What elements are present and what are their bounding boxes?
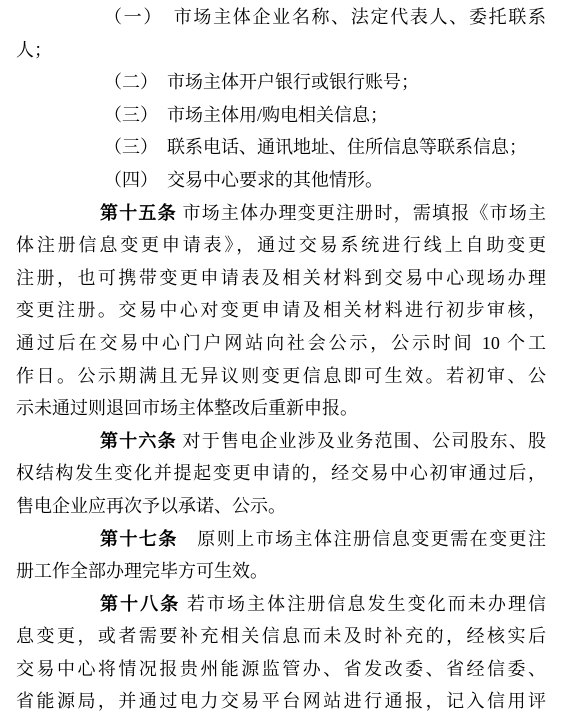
paragraph-article-15: 第十五条 市场主体办理变更注册时，需填报《市场主体注册信息变更申请表》，通过交易… xyxy=(16,197,546,425)
line-text: 变更注册。交易中心对变更申请及相关材料进行初步审核， xyxy=(16,300,546,320)
text-line: 售电企业应再次予以承诺、公示。 xyxy=(16,490,546,523)
line-text: 原则上市场主体注册信息变更需在变更注 xyxy=(178,529,546,549)
text-line: 第十五条 市场主体办理变更注册时，需填报《市场主 xyxy=(16,197,546,230)
paragraph-list-item-5: （四） 交易中心要求的其他情形。 xyxy=(16,164,546,197)
line-text: （三） 市场主体用/购电相关信息； xyxy=(104,105,388,125)
line-text: 册工作全部办理完毕方可生效。 xyxy=(16,561,268,581)
text-line: （三） 联系电话、通讯地址、住所信息等联系信息； xyxy=(16,131,546,164)
line-text: 人； xyxy=(16,40,52,60)
text-line: （三） 市场主体用/购电相关信息； xyxy=(16,99,546,132)
article-number: 第十六条 xyxy=(100,431,177,451)
line-text: （二） 市场主体开户银行或银行账号； xyxy=(104,72,419,92)
text-line: 息变更，或者需要补充相关信息而未及时补充的，经核实后 xyxy=(16,620,546,653)
paragraph-list-item-2: （二） 市场主体开户银行或银行账号； xyxy=(16,66,546,99)
text-line: 变更注册。交易中心对变更申请及相关材料进行初步审核， xyxy=(16,294,546,327)
text-line: 通过后在交易中心门户网站向社会公示，公示时间 10 个工 xyxy=(16,327,546,360)
article-number: 第十八条 xyxy=(100,594,180,614)
line-text: 示未通过则退回市场主体整改后重新申报。 xyxy=(16,398,358,418)
line-text: 注册，也可携带变更申请表及相关材料到交易中心现场办理 xyxy=(16,268,546,288)
text-line: 人； xyxy=(16,34,546,67)
text-line: 权结构发生变化并提起变更申请的，经交易中心初审通过后， xyxy=(16,457,546,490)
line-text: 对于售电企业涉及业务范围、公司股东、股 xyxy=(177,431,546,451)
paragraph-list-item-4: （三） 联系电话、通讯地址、住所信息等联系信息； xyxy=(16,131,546,164)
line-text: 市场主体办理变更注册时，需填报《市场主 xyxy=(177,203,546,223)
text-line: （四） 交易中心要求的其他情形。 xyxy=(16,164,546,197)
line-text: （四） 交易中心要求的其他情形。 xyxy=(104,170,383,190)
text-line: 省能源局，并通过电力交易平台网站进行通报，记入信用评 xyxy=(16,685,546,718)
text-line: （二） 市场主体开户银行或银行账号； xyxy=(16,66,546,99)
line-text: 作日。公示期满且无异议则变更信息即可生效。若初审、公 xyxy=(16,366,546,386)
text-line: 作日。公示期满且无异议则变更信息即可生效。若初审、公 xyxy=(16,360,546,393)
text-line: （一） 市场主体企业名称、法定代表人、委托联系 xyxy=(16,1,546,34)
document-page: （一） 市场主体企业名称、法定代表人、委托联系人；（二） 市场主体开户银行或银行… xyxy=(0,0,571,720)
line-text: 售电企业应再次予以承诺、公示。 xyxy=(16,496,286,516)
text-line: 册工作全部办理完毕方可生效。 xyxy=(16,555,546,588)
line-text: 体注册信息变更申请表》，通过交易系统进行线上自助变更 xyxy=(16,235,546,255)
line-text: 通过后在交易中心门户网站向社会公示，公示时间 10 个工 xyxy=(16,333,546,353)
line-text: 若市场主体注册信息发生变化而未办理信 xyxy=(180,594,546,614)
paragraph-article-18: 第十八条 若市场主体注册信息发生变化而未办理信息变更，或者需要补充相关信息而未及… xyxy=(16,588,546,718)
text-line: 示未通过则退回市场主体整改后重新申报。 xyxy=(16,392,546,425)
article-number: 第十五条 xyxy=(100,203,177,223)
text-line: 第十六条 对于售电企业涉及业务范围、公司股东、股 xyxy=(16,425,546,458)
paragraph-article-16: 第十六条 对于售电企业涉及业务范围、公司股东、股权结构发生变化并提起变更申请的，… xyxy=(16,425,546,523)
line-text: 权结构发生变化并提起变更申请的，经交易中心初审通过后， xyxy=(16,463,546,483)
document-body: （一） 市场主体企业名称、法定代表人、委托联系人；（二） 市场主体开户银行或银行… xyxy=(16,1,546,718)
line-text: 息变更，或者需要补充相关信息而未及时补充的，经核实后 xyxy=(16,626,546,646)
text-line: 体注册信息变更申请表》，通过交易系统进行线上自助变更 xyxy=(16,229,546,262)
paragraph-list-item-1: （一） 市场主体企业名称、法定代表人、委托联系人； xyxy=(16,1,546,66)
line-text: 省能源局，并通过电力交易平台网站进行通报，记入信用评 xyxy=(16,691,546,711)
line-text: （一） 市场主体企业名称、法定代表人、委托联系 xyxy=(104,7,546,27)
article-number: 第十七条 xyxy=(100,529,178,549)
text-line: 交易中心将情况报贵州能源监管办、省发改委、省经信委、 xyxy=(16,653,546,686)
text-line: 第十七条 原则上市场主体注册信息变更需在变更注 xyxy=(16,523,546,556)
text-line: 注册，也可携带变更申请表及相关材料到交易中心现场办理 xyxy=(16,262,546,295)
paragraph-list-item-3: （三） 市场主体用/购电相关信息； xyxy=(16,99,546,132)
text-line: 第十八条 若市场主体注册信息发生变化而未办理信 xyxy=(16,588,546,621)
line-text: 交易中心将情况报贵州能源监管办、省发改委、省经信委、 xyxy=(16,659,546,679)
paragraph-article-17: 第十七条 原则上市场主体注册信息变更需在变更注册工作全部办理完毕方可生效。 xyxy=(16,523,546,588)
line-text: （三） 联系电话、通讯地址、住所信息等联系信息； xyxy=(104,137,527,157)
